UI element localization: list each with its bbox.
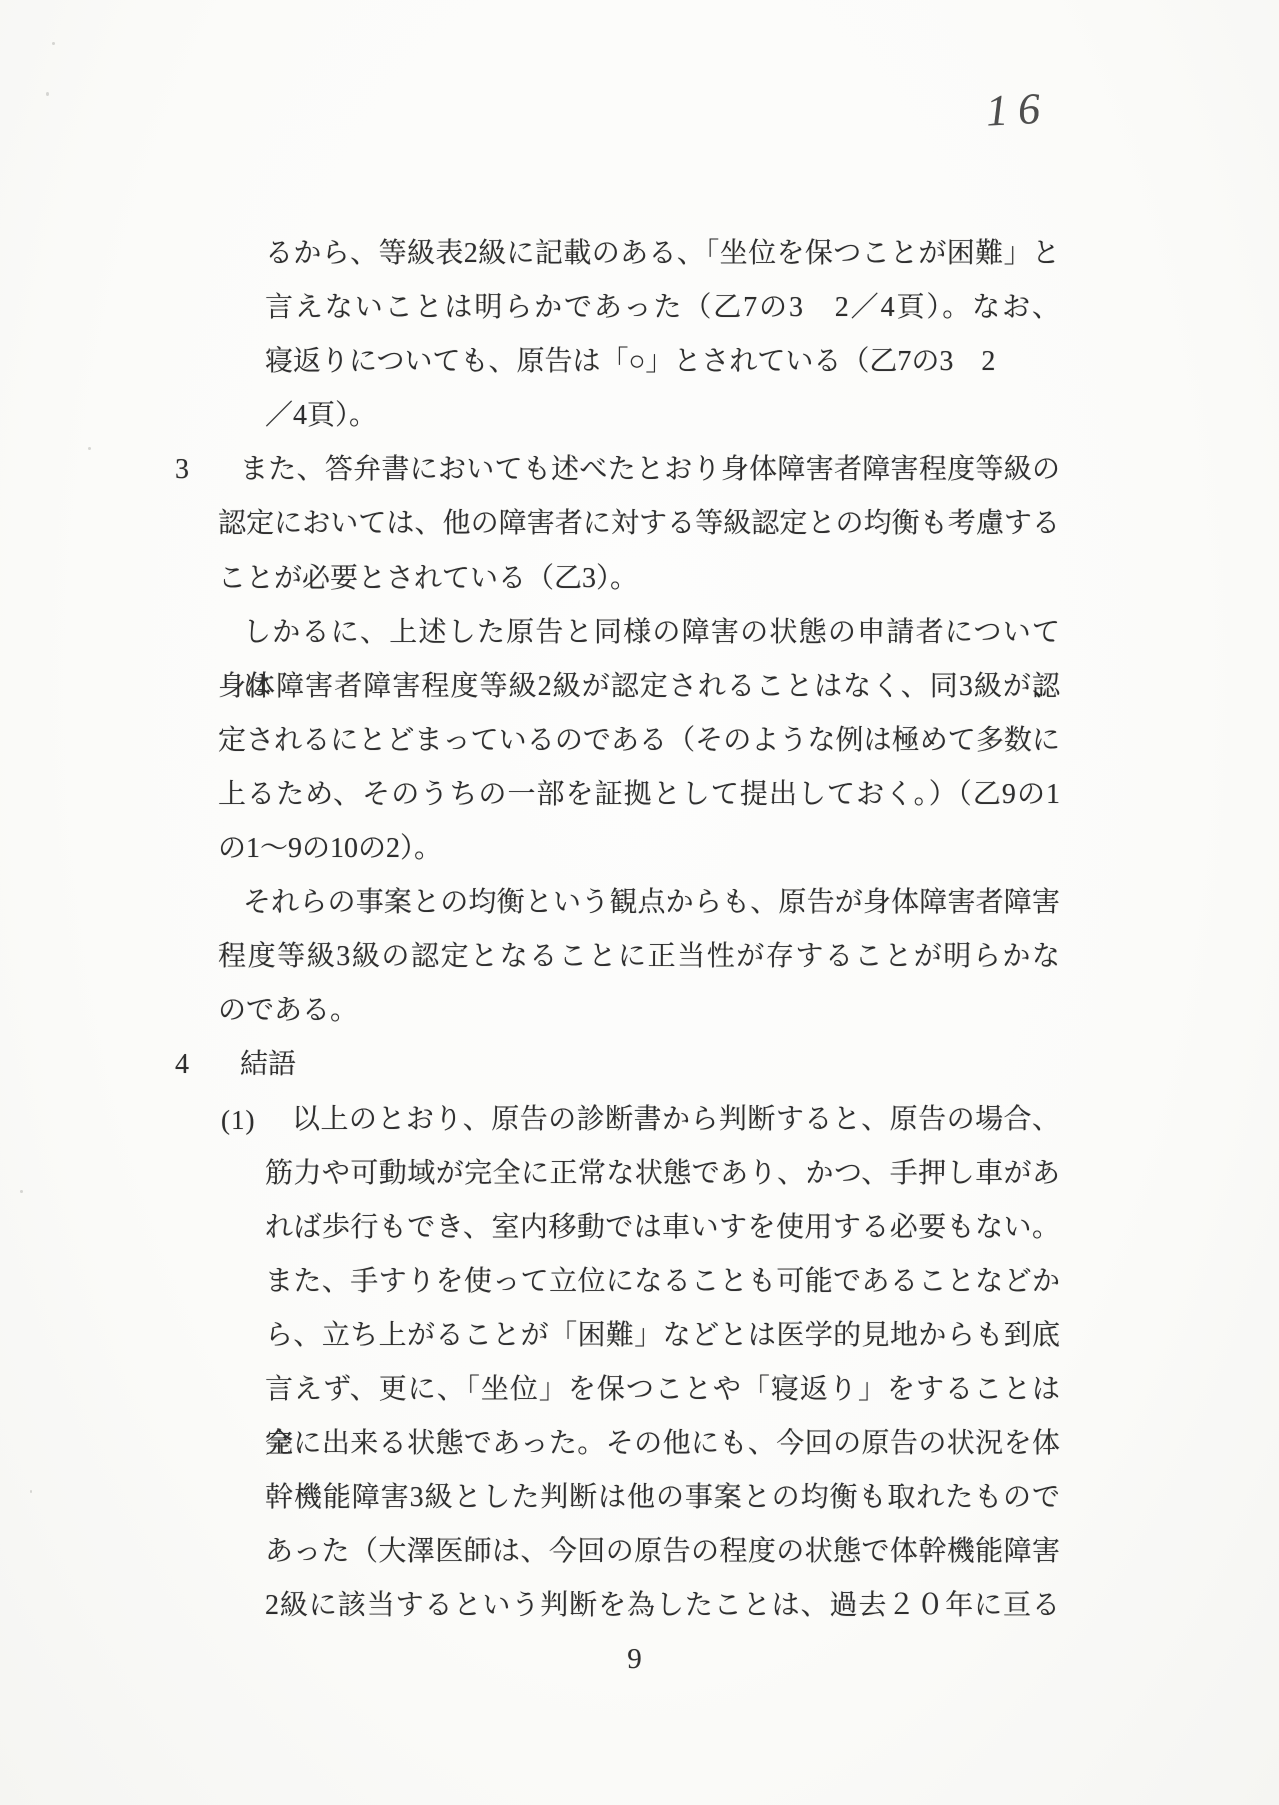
text-line: のである。 <box>0 984 1279 1038</box>
text-line-content: の1～9の10の2）。 <box>218 822 1060 876</box>
text-line: 程度等級3級の認定となることに正当性が存することが明らかな <box>0 930 1279 984</box>
text-line: 認定においては、他の障害者に対する等級認定との均衡も考慮する <box>0 497 1279 551</box>
text-line-content: のである。 <box>218 984 1060 1038</box>
text-line: しかるに、上述した原告と同様の障害の状態の申請者については、 <box>0 606 1279 660</box>
text-line: れば歩行もでき、室内移動では車いすを使用する必要もない。 <box>0 1201 1279 1255</box>
text-line-content: 幹機能障害3級とした判断は他の事案との均衡も取れたもので <box>265 1471 1060 1525</box>
text-line-content: るから、等級表2級に記載のある、「坐位を保つことが困難」と <box>265 227 1060 281</box>
text-line: の1～9の10の2）。 <box>0 822 1279 876</box>
text-line: 言えないことは明らかであった（乙7の3 2／4頁）。なお、 <box>0 281 1279 335</box>
text-line-content: 寝返りについても、原告は「○」とされている（乙7の3 2 <box>265 335 1060 389</box>
text-line-content: 上るため、そのうちの一部を証拠として提出しておく。）（乙9の1 <box>218 768 1060 822</box>
text-line: それらの事案との均衡という観点からも、原告が身体障害者障害 <box>0 876 1279 930</box>
text-line-content: 身体障害者障害程度等級2級が認定されることはなく、同3級が認 <box>218 660 1060 714</box>
text-line-content: また、答弁書においても述べたとおり身体障害者障害程度等級の <box>240 443 1060 497</box>
text-line-content: 程度等級3級の認定となることに正当性が存することが明らかな <box>218 930 1060 984</box>
text-line-content: 言えないことは明らかであった（乙7の3 2／4頁）。なお、 <box>265 281 1060 335</box>
text-line-content: あった（大澤医師は、今回の原告の程度の状態で体幹機能障害 <box>265 1525 1060 1579</box>
text-line: 定されるにとどまっているのである（そのような例は極めて多数に <box>0 714 1279 768</box>
scan-speck <box>52 42 55 45</box>
document-body: るから、等級表2級に記載のある、「坐位を保つことが困難」と言えないことは明らかで… <box>0 227 1279 1633</box>
text-line-content: 結語 <box>240 1038 1060 1092</box>
text-line: ら、立ち上がることが「困難」などとは医学的見地からも到底 <box>0 1309 1279 1363</box>
list-marker: 4 <box>175 1038 189 1092</box>
text-line: 筋力や可動域が完全に正常な状態であり、かつ、手押し車があ <box>0 1147 1279 1201</box>
text-line-content: 筋力や可動域が完全に正常な状態であり、かつ、手押し車があ <box>265 1147 1060 1201</box>
text-line-content: 定されるにとどまっているのである（そのような例は極めて多数に <box>218 714 1060 768</box>
scan-speck <box>46 92 49 96</box>
text-line: 身体障害者障害程度等級2級が認定されることはなく、同3級が認 <box>0 660 1279 714</box>
list-marker: (1) <box>221 1093 255 1147</box>
text-line: ことが必要とされている（乙3）。 <box>0 552 1279 606</box>
scan-speck <box>20 1190 23 1193</box>
text-line-content: 全に出来る状態であった。その他にも、今回の原告の状況を体 <box>265 1417 1060 1471</box>
text-line: ／4頁）。 <box>0 389 1279 443</box>
text-line: 言えず、更に、「坐位」を保つことや「寝返り」をすることは完 <box>0 1363 1279 1417</box>
handwritten-page-number: 16 <box>985 82 1052 136</box>
text-line-content: ことが必要とされている（乙3）。 <box>218 552 1060 606</box>
text-line: 寝返りについても、原告は「○」とされている（乙7の3 2 <box>0 335 1279 389</box>
text-line-content: れば歩行もでき、室内移動では車いすを使用する必要もない。 <box>265 1201 1060 1255</box>
text-line-content: ら、立ち上がることが「困難」などとは医学的見地からも到底 <box>265 1309 1060 1363</box>
scan-speck <box>895 903 898 906</box>
list-marker: 3 <box>175 443 189 497</box>
scan-speck <box>88 447 91 450</box>
text-line-content: 以上のとおり、原告の診断書から判断すると、原告の場合、 <box>292 1093 1060 1147</box>
text-line-content: また、手すりを使って立位になることも可能であることなどか <box>265 1255 1060 1309</box>
scan-speck <box>30 1490 32 1493</box>
text-line: るから、等級表2級に記載のある、「坐位を保つことが困難」と <box>0 227 1279 281</box>
text-line: 4結語 <box>0 1038 1279 1092</box>
page-number: 9 <box>0 1643 1269 1676</box>
text-line: 2級に該当するという判断を為したことは、過去２０年に亘る <box>0 1579 1279 1633</box>
text-line-content: 2級に該当するという判断を為したことは、過去２０年に亘る <box>265 1579 1060 1633</box>
text-line: 全に出来る状態であった。その他にも、今回の原告の状況を体 <box>0 1417 1279 1471</box>
text-line: また、手すりを使って立位になることも可能であることなどか <box>0 1255 1279 1309</box>
text-line: 3また、答弁書においても述べたとおり身体障害者障害程度等級の <box>0 443 1279 497</box>
text-line: 幹機能障害3級とした判断は他の事案との均衡も取れたもので <box>0 1471 1279 1525</box>
text-line-content: 認定においては、他の障害者に対する等級認定との均衡も考慮する <box>218 497 1060 551</box>
text-line: (1)以上のとおり、原告の診断書から判断すると、原告の場合、 <box>0 1093 1279 1147</box>
text-line: 上るため、そのうちの一部を証拠として提出しておく。）（乙9の1 <box>0 768 1279 822</box>
text-line-content: それらの事案との均衡という観点からも、原告が身体障害者障害 <box>243 876 1060 930</box>
document-page: 16 るから、等級表2級に記載のある、「坐位を保つことが困難」と言えないことは明… <box>0 0 1279 1805</box>
text-line: あった（大澤医師は、今回の原告の程度の状態で体幹機能障害 <box>0 1525 1279 1579</box>
text-line-content: ／4頁）。 <box>265 389 1060 443</box>
